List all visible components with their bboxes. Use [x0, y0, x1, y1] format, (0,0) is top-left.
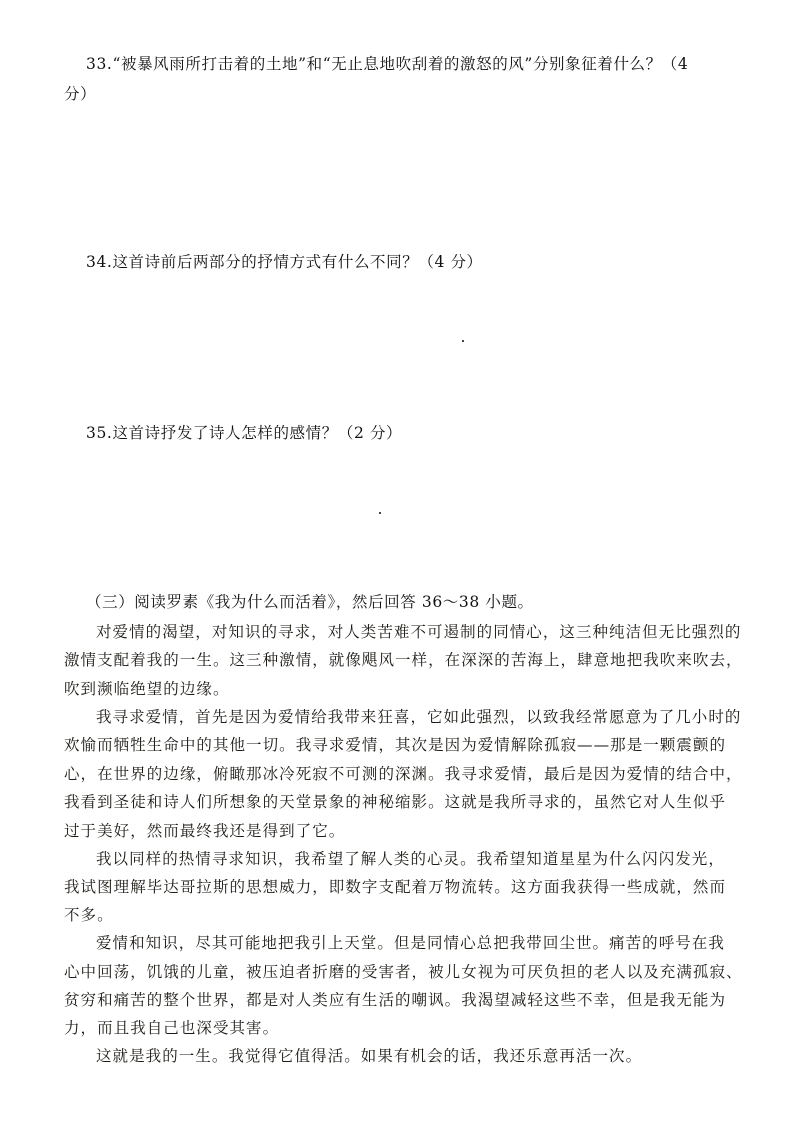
- passage-line: 我试图理解毕达哥拉斯的思想威力，即数字支配着万物流转。这方面我获得一些成就，然而: [64, 875, 726, 897]
- passage-line: 对爱情的渴望，对知识的寻求，对人类苦难不可遏制的同情心，这三种纯洁但无比强烈的: [96, 620, 741, 642]
- passage-line: 我以同样的热情寻求知识，我希望了解人类的心灵。我希望知道星星为什么闪闪发光，: [96, 847, 725, 869]
- passage-line: 这就是我的一生。我觉得它值得活。如果有机会的话，我还乐意再活一次。: [96, 1044, 642, 1066]
- passage-line: 我看到圣徒和诗人们所想象的天堂景象的神秘缩影。这就是我所寻求的，虽然它对人生似乎: [64, 790, 726, 812]
- passage-line: 力，而且我自己也深受其害。: [64, 1016, 279, 1038]
- passage-line: 不多。: [64, 903, 114, 925]
- passage-line: 吹到濒临绝望的边缘。: [64, 677, 230, 699]
- passage-line: 过于美好，然而最终我还是得到了它。: [64, 819, 345, 841]
- passage-line: 心，在世界的边缘，俯瞰那冰冷死寂不可测的深渊。我寻求爱情，最后是因为爱情的结合中…: [64, 762, 743, 784]
- passage-line: 贫穷和痛苦的整个世界，都是对人类应有生活的嘲讽。我渴望减轻这些不幸，但是我无能为: [64, 988, 726, 1010]
- section-heading: （三）阅读罗素《我为什么而活着》，然后回答 36～38 小题。: [86, 590, 534, 612]
- passage-line: 我寻求爱情，首先是因为爱情给我带来狂喜，它如此强烈，以致我经常愿意为了几小时的: [96, 705, 741, 727]
- question-33-text: 33.“被暴风雨所打击着的土地”和“无止息地吹刮着的激怒的风”分别象征着什么？（…: [86, 52, 688, 74]
- question-35: 35.这首诗抒发了诗人怎样的感情？（2 分）: [86, 421, 402, 443]
- question-33-text-cont: 分）: [64, 82, 96, 104]
- passage-line: 爱情和知识，尽其可能地把我引上天堂。但是同情心总把我带回尘世。痛苦的呼号在我: [96, 931, 725, 953]
- scan-speck: [379, 512, 381, 514]
- passage-line: 激情支配着我的一生。这三种激情，就像飓风一样，在深深的苦海上，肆意地把我吹来吹去…: [64, 648, 743, 670]
- scan-speck: [462, 340, 464, 342]
- passage-line: 心中回荡，饥饿的儿童，被压迫者折磨的受害者，被儿女视为可厌负担的老人以及充满孤寂…: [64, 960, 743, 982]
- passage-line: 欢愉而牺牲生命中的其他一切。我寻求爱情，其次是因为爱情解除孤寂——那是一颗震颤的: [64, 733, 726, 755]
- question-34: 34.这首诗前后两部分的抒情方式有什么不同？（4 分）: [86, 250, 483, 272]
